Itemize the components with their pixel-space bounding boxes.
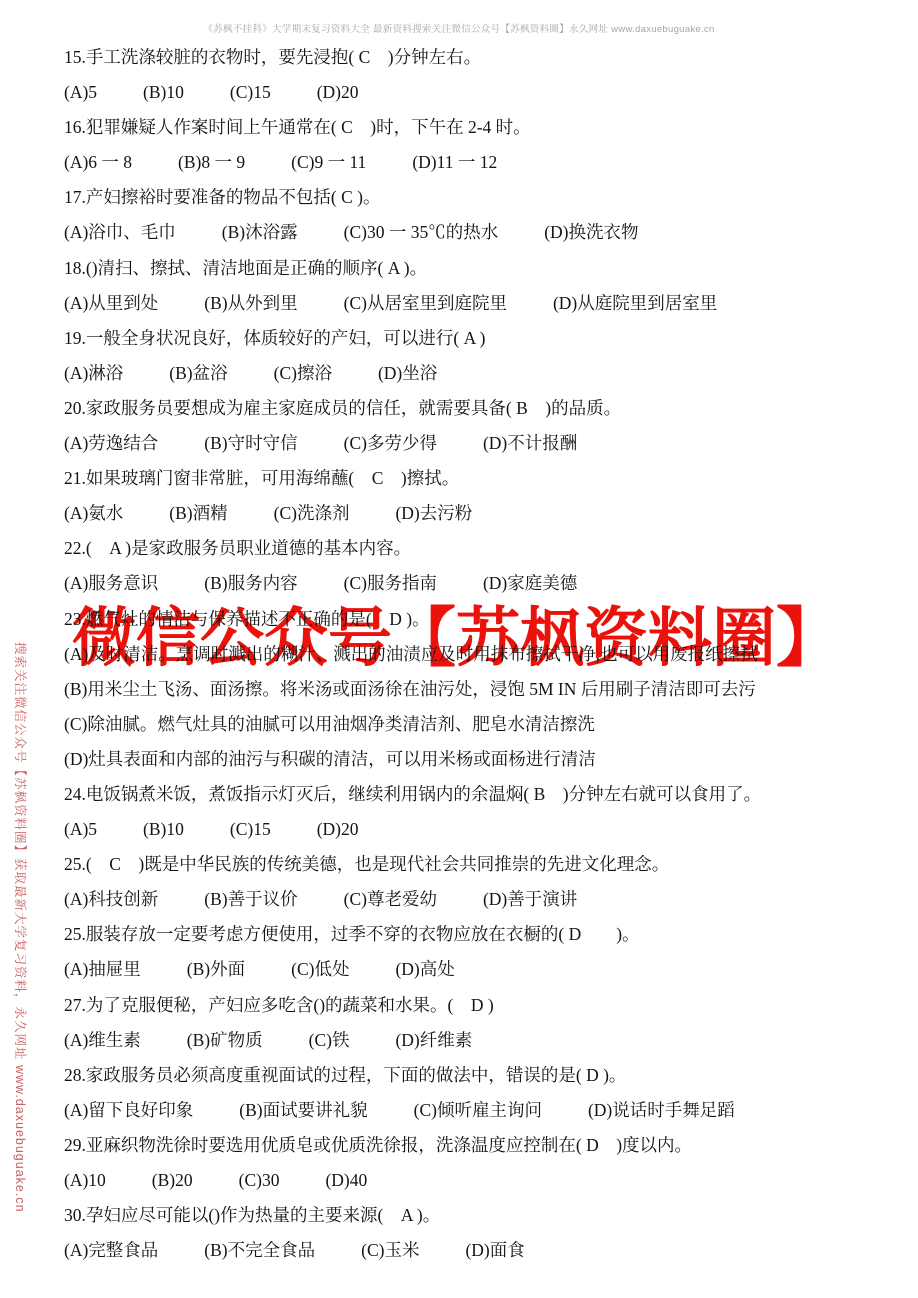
option-text: (A)5	[64, 812, 97, 847]
option-text: (A)浴巾、毛巾	[64, 215, 176, 250]
option-text: (D)从庭院里到居室里	[553, 286, 717, 321]
option-text: (C)15	[230, 75, 271, 110]
options-row: (A)完整食品(B)不完全食品(C)玉米(D)面食	[64, 1233, 894, 1268]
option-text: (A)及时清洁。烹调时溅出的糊汁、溅出的油渍应及时用抹布擦拭干净,也可以用废报纸…	[64, 637, 894, 672]
option-text: (A)劳逸结合	[64, 426, 158, 461]
option-text: (B)服务内容	[204, 566, 297, 601]
option-text: (C)洗涤剂	[274, 496, 350, 531]
option-text: (C)玉米	[361, 1233, 419, 1268]
header-watermark: 《苏枫不挂科》大学期末复习资料大全 最新资料搜索关注微信公众号【苏枫资料圈】永久…	[0, 21, 918, 35]
option-text: (C)尊老爱幼	[344, 882, 437, 917]
option-text: (A)服务意识	[64, 566, 158, 601]
option-text: (B)守时守信	[204, 426, 297, 461]
option-text: (D)善于演讲	[483, 882, 577, 917]
options-row: (A)科技创新(B)善于议价(C)尊老爱幼(D)善于演讲	[64, 882, 894, 917]
option-text: (D)20	[317, 75, 359, 110]
option-text: (B)外面	[187, 952, 245, 987]
option-text: (B)10	[143, 812, 184, 847]
options-row: (A)服务意识(B)服务内容(C)服务指南(D)家庭美德	[64, 566, 894, 601]
option-text: (A)科技创新	[64, 882, 158, 917]
option-text: (B)沐浴露	[222, 215, 298, 250]
option-text: (C)低处	[291, 952, 349, 987]
document-page: 《苏枫不挂科》大学期末复习资料大全 最新资料搜索关注微信公众号【苏枫资料圈】永久…	[0, 0, 918, 1298]
option-text: (A)6 一 8	[64, 145, 132, 180]
option-text: (D)换洗衣物	[544, 215, 638, 250]
sidebar-watermark: 搜索关注微信公众号【苏枫资料圈】获取最新大学复习资料，永久网址 www.daxu…	[12, 642, 30, 1213]
option-text: (C)9 一 11	[291, 145, 366, 180]
option-text: (B)善于议价	[204, 882, 297, 917]
question-text: 30.孕妇应尽可能以()作为热量的主要来源( A )。	[64, 1198, 894, 1233]
options-row: (A)留下良好印象(B)面试要讲礼貌(C)倾听雇主询问(D)说话时手舞足蹈	[64, 1093, 894, 1128]
option-text: (B)8 一 9	[178, 145, 245, 180]
question-text: 25.服装存放一定要考虑方便使用，过季不穿的衣物应放在衣橱的( D )。	[64, 917, 894, 952]
option-text: (A)淋浴	[64, 356, 123, 391]
options-row: (A)5(B)10(C)15(D)20	[64, 75, 894, 110]
option-text: (D)家庭美德	[483, 566, 577, 601]
option-text: (D)11 一 12	[412, 145, 497, 180]
option-text: (C)15	[230, 812, 271, 847]
options-row: (A)氨水(B)酒精(C)洗涤剂(D)去污粉	[64, 496, 894, 531]
option-text: (A)氨水	[64, 496, 123, 531]
option-text: (A)10	[64, 1163, 106, 1198]
option-text: (C)30	[239, 1163, 280, 1198]
question-text: 29.亚麻织物洗徐时要选用优质皂或优质洗徐报，洗涤温度应控制在( D )度以内。	[64, 1128, 894, 1163]
option-text: (D)坐浴	[378, 356, 437, 391]
option-text: (C)从居室里到庭院里	[344, 286, 507, 321]
option-text: (A)完整食品	[64, 1233, 158, 1268]
question-text: 25.( C )既是中华民族的传统美德，也是现代社会共同推崇的先进文化理念。	[64, 847, 894, 882]
options-row: (A)维生素(B)矿物质(C)铁(D)纤维素	[64, 1023, 894, 1058]
question-text: 22.( A )是家政服务员职业道德的基本内容。	[64, 531, 894, 566]
option-text: (D)高处	[395, 952, 454, 987]
option-text: (A)从里到处	[64, 286, 158, 321]
option-text: (B)10	[143, 75, 184, 110]
option-text: (B)酒精	[169, 496, 227, 531]
question-text: 15.手工洗涤较脏的衣物时，要先浸抱( C )分钟左右。	[64, 40, 894, 75]
option-text: (B)面试要讲礼貌	[239, 1093, 367, 1128]
option-text: (C)铁	[309, 1023, 350, 1058]
option-text: (D)纤维素	[395, 1023, 472, 1058]
option-text: (C)除油腻。燃气灶具的油腻可以用油烟净类清洁剂、肥皂水清洁擦洗	[64, 707, 894, 742]
question-text: 27.为了克服便秘，产妇应多吃含()的蔬菜和水果。( D )	[64, 988, 894, 1023]
question-text: 20.家政服务员要想成为雇主家庭成员的信任，就需要具备( B )的品质。	[64, 391, 894, 426]
question-text: 18.()清扫、擦拭、清洁地面是正确的顺序( A )。	[64, 251, 894, 286]
question-text: 21.如果玻璃门窗非常脏，可用海绵蘸( C )擦拭。	[64, 461, 894, 496]
options-row: (A)抽屉里(B)外面(C)低处(D)高处	[64, 952, 894, 987]
option-text: (D)40	[325, 1163, 367, 1198]
options-row: (A)5(B)10(C)15(D)20	[64, 812, 894, 847]
option-text: (A)抽屉里	[64, 952, 141, 987]
option-text: (C)擦浴	[274, 356, 332, 391]
option-text: (B)从外到里	[204, 286, 297, 321]
option-text: (B)不完全食品	[204, 1233, 315, 1268]
question-text: 23.燃气灶的情洁与保养描述不正确的是( D )。	[64, 602, 894, 637]
options-row: (A)淋浴(B)盆浴(C)擦浴(D)坐浴	[64, 356, 894, 391]
option-text: (D)说话时手舞足蹈	[588, 1093, 735, 1128]
option-text: (C)30 一 35℃的热水	[344, 215, 499, 250]
option-text: (B)盆浴	[169, 356, 227, 391]
options-row: (A)从里到处(B)从外到里(C)从居室里到庭院里(D)从庭院里到居室里	[64, 286, 894, 321]
option-text: (C)倾听雇主询问	[414, 1093, 542, 1128]
option-text: (D)不计报酬	[483, 426, 577, 461]
question-text: 17.产妇擦裕时要准备的物品不包括( C )。	[64, 180, 894, 215]
option-text: (D)去污粉	[395, 496, 472, 531]
option-text: (C)服务指南	[344, 566, 437, 601]
question-text: 16.犯罪嫌疑人作案时间上午通常在( C )时，下午在 2-4 时。	[64, 110, 894, 145]
options-row: (A)10(B)20(C)30(D)40	[64, 1163, 894, 1198]
option-text: (A)留下良好印象	[64, 1093, 193, 1128]
option-text: (C)多劳少得	[344, 426, 437, 461]
option-text: (A)5	[64, 75, 97, 110]
option-text: (D)灶具表面和内部的油污与积碳的清洁，可以用米杨或面杨进行清洁	[64, 742, 894, 777]
option-text: (D)面食	[465, 1233, 524, 1268]
question-text: 19.一般全身状况良好，体质较好的产妇，可以进行( A )	[64, 321, 894, 356]
option-text: (B)用米尘土飞汤、面汤擦。将米汤或面汤徐在油污处，浸饱 5M IN 后用刷子清…	[64, 672, 894, 707]
option-text: (D)20	[317, 812, 359, 847]
question-list: 15.手工洗涤较脏的衣物时，要先浸抱( C )分钟左右。(A)5(B)10(C)…	[64, 40, 894, 1268]
options-row: (A)6 一 8(B)8 一 9(C)9 一 11(D)11 一 12	[64, 145, 894, 180]
option-text: (A)维生素	[64, 1023, 141, 1058]
question-text: 24.电饭锅煮米饭，煮饭指示灯灭后，继续利用锅内的余温焖( B )分钟左右就可以…	[64, 777, 894, 812]
question-text: 28.家政服务员必须高度重视面试的过程，下面的做法中，错误的是( D )。	[64, 1058, 894, 1093]
options-row: (A)劳逸结合(B)守时守信(C)多劳少得(D)不计报酬	[64, 426, 894, 461]
option-text: (B)20	[152, 1163, 193, 1198]
options-row: (A)浴巾、毛巾(B)沐浴露(C)30 一 35℃的热水(D)换洗衣物	[64, 215, 894, 250]
option-text: (B)矿物质	[187, 1023, 263, 1058]
